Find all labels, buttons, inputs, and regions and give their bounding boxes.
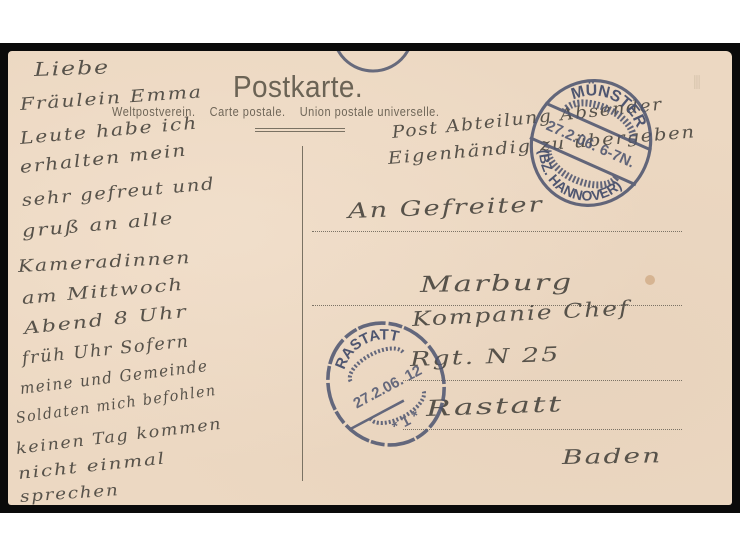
message-salutation: Liebe bbox=[34, 56, 111, 81]
message-line: sprechen bbox=[19, 480, 120, 505]
postmark-muenster: 27.2.06. 6-7N. MÜNSTER (BZ. HANNOVER) bbox=[526, 73, 656, 213]
postkarte-title: Postkarte. bbox=[233, 69, 363, 105]
divider-vertical-line bbox=[302, 146, 303, 481]
divider-rule-top bbox=[255, 128, 345, 129]
address-line-text: Marburg bbox=[420, 270, 574, 298]
postcard: Postkarte. Weltpostverein. Carte postale… bbox=[8, 51, 732, 505]
postmark-rastatt: 27.2.06. 12 * 1 * RASTATT bbox=[324, 317, 448, 451]
message-line: sehr gefreut und bbox=[21, 174, 216, 211]
rastatt-bottom-text: * 1 * bbox=[389, 407, 422, 435]
foxing-spot bbox=[645, 275, 655, 285]
rastatt-date-text: 27.2.06. 12 bbox=[351, 362, 425, 412]
address-line-1 bbox=[312, 231, 682, 232]
subtitle-carte-postale: Carte postale. bbox=[210, 105, 286, 119]
subtitle-union-postale: Union postale universelle. bbox=[300, 105, 440, 119]
address-line-text: Baden bbox=[562, 443, 663, 469]
divider-rule-bottom bbox=[255, 131, 345, 132]
message-line: Kameradinnen bbox=[17, 248, 191, 277]
address-recipient: An Gefreiter bbox=[348, 192, 544, 223]
message-line: gruß an alle bbox=[21, 209, 175, 242]
faint-corner-mark: ⦀ bbox=[693, 73, 701, 94]
